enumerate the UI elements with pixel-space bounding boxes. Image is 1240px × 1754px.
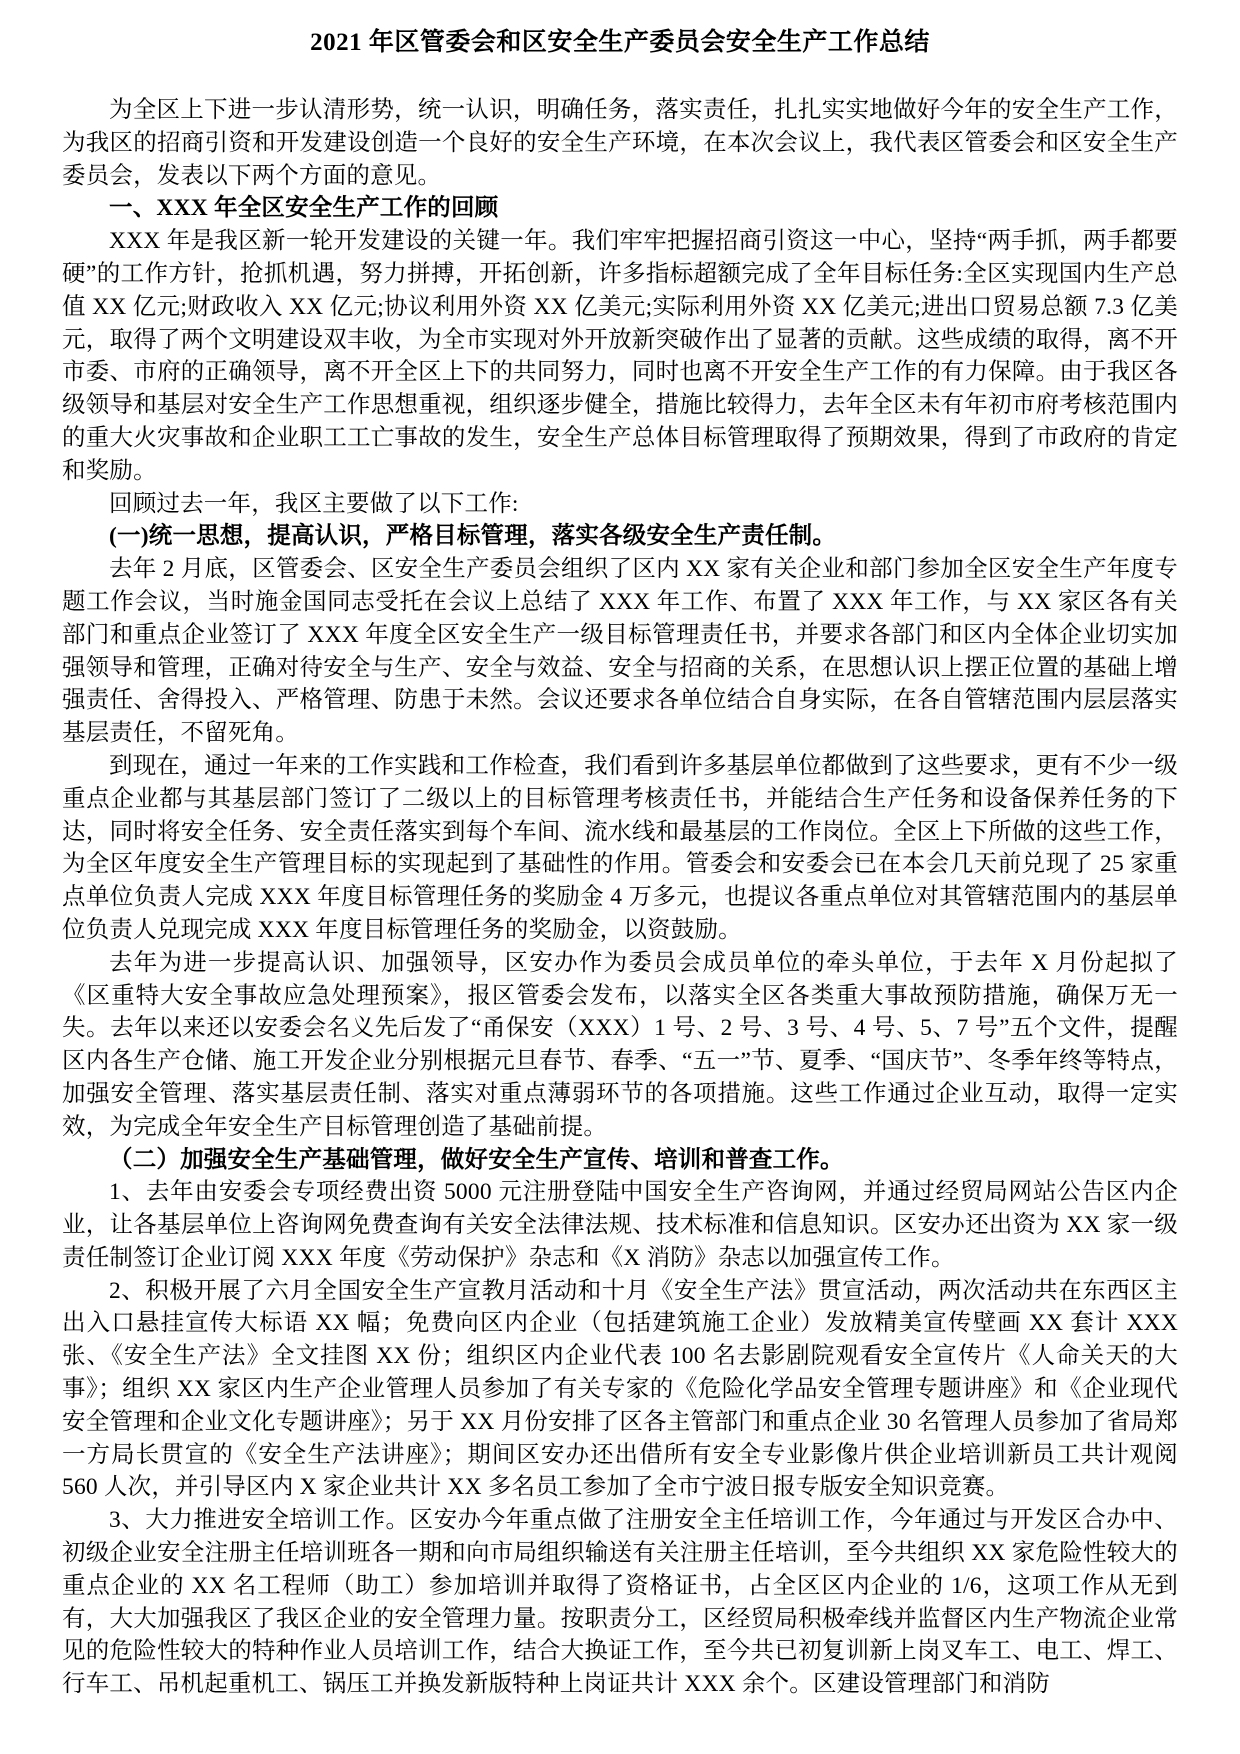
body-paragraph: 1、去年由安委会专项经费出资 5000 元注册登陆中国安全生产咨询网，并通过经贸… xyxy=(62,1176,1178,1274)
body-paragraph: 2、积极开展了六月全国安全生产宣教月活动和十月《安全生产法》贯宣活动，两次活动共… xyxy=(62,1275,1178,1505)
body-paragraph: 去年为进一步提高认识、加强领导，区安办作为委员会成员单位的牵头单位，于去年 X … xyxy=(62,947,1178,1144)
body-paragraph: 3、大力推进安全培训工作。区安办今年重点做了注册安全主任培训工作，今年通过与开发… xyxy=(62,1504,1178,1701)
body-paragraph: 到现在，通过一年来的工作实践和工作检查，我们看到许多基层单位都做到了这些要求，更… xyxy=(62,750,1178,947)
section-heading: 一、XXX 年全区安全生产工作的回顾 xyxy=(62,192,1178,225)
body-paragraph: XXX 年是我区新一轮开发建设的关键一年。我们牢牢把握招商引资这一中心，坚持“两… xyxy=(62,225,1178,487)
document-title: 2021 年区管委会和区安全生产委员会安全生产工作总结 xyxy=(62,24,1178,62)
document-page: 2021 年区管委会和区安全生产委员会安全生产工作总结 为全区上下进一步认清形势… xyxy=(0,0,1240,1754)
section-heading: （二）加强安全生产基础管理，做好安全生产宣传、培训和普查工作。 xyxy=(62,1144,1178,1177)
body-paragraph: 去年 2 月底，区管委会、区安全生产委员会组织了区内 XX 家有关企业和部门参加… xyxy=(62,553,1178,750)
body-paragraph: 回顾过去一年，我区主要做了以下工作: xyxy=(62,488,1178,521)
body-paragraph: 为全区上下进一步认清形势，统一认识，明确任务，落实责任，扎扎实实地做好今年的安全… xyxy=(62,94,1178,192)
section-heading: (一)统一思想，提高认识，严格目标管理，落实各级安全生产责任制。 xyxy=(62,520,1178,553)
document-body: 为全区上下进一步认清形势，统一认识，明确任务，落实责任，扎扎实实地做好今年的安全… xyxy=(62,94,1178,1701)
